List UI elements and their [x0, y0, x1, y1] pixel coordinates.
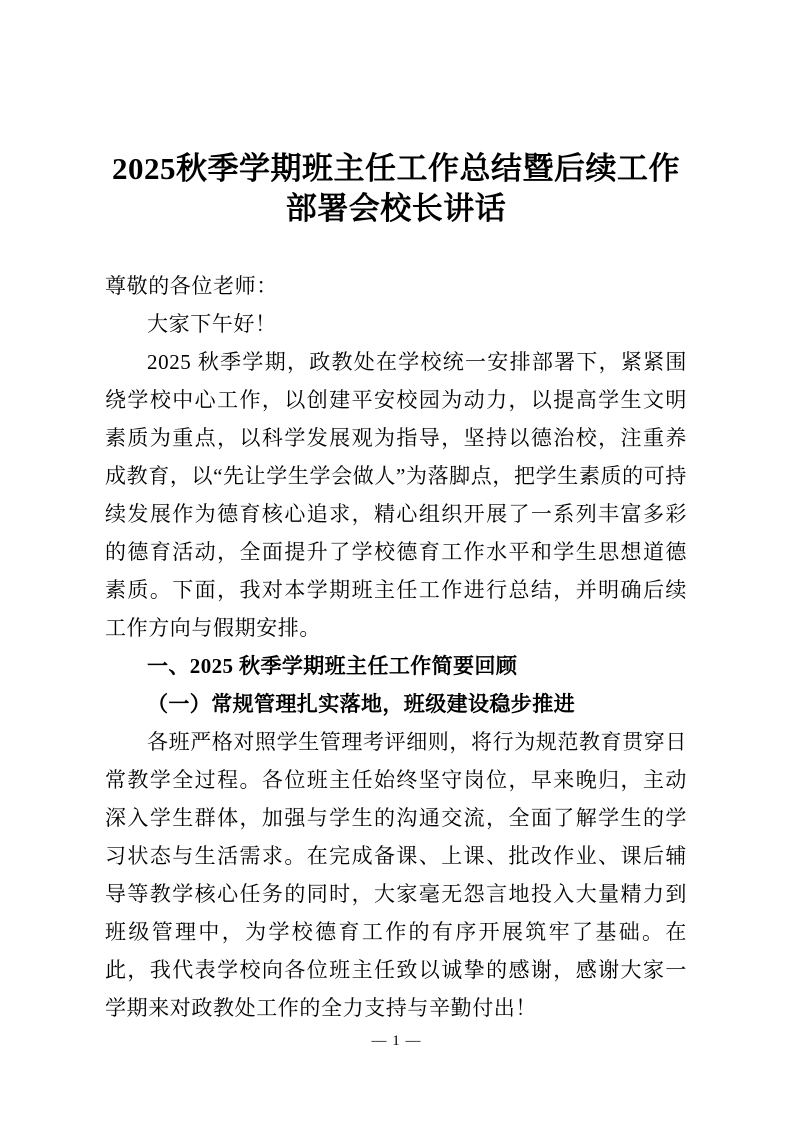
- document-content: 2025秋季学期班主任工作总结暨后续工作部署会校长讲话 尊敬的各位老师： 大家下…: [105, 149, 687, 1027]
- section-heading-1: 一、2025 秋季学期班主任工作简要回顾: [105, 647, 687, 685]
- page-footer: — 1 —: [0, 1031, 793, 1051]
- document-title: 2025秋季学期班主任工作总结暨后续工作部署会校长讲话: [105, 149, 687, 229]
- salutation: 尊敬的各位老师：: [105, 267, 687, 305]
- document-page: 2025秋季学期班主任工作总结暨后续工作部署会校长讲话 尊敬的各位老师： 大家下…: [0, 0, 793, 1122]
- body-paragraph-2: 各班严格对照学生管理考评细则，将行为规范教育贯穿日常教学全过程。各位班主任始终坚…: [105, 723, 687, 1027]
- body-paragraph-1: 2025 秋季学期，政教处在学校统一安排部署下，紧紧围绕学校中心工作，以创建平安…: [105, 343, 687, 647]
- greeting-paragraph: 大家下午好！: [105, 305, 687, 343]
- page-number: — 1 —: [372, 1033, 422, 1049]
- subsection-heading-1: （一）常规管理扎实落地，班级建设稳步推进: [105, 685, 687, 723]
